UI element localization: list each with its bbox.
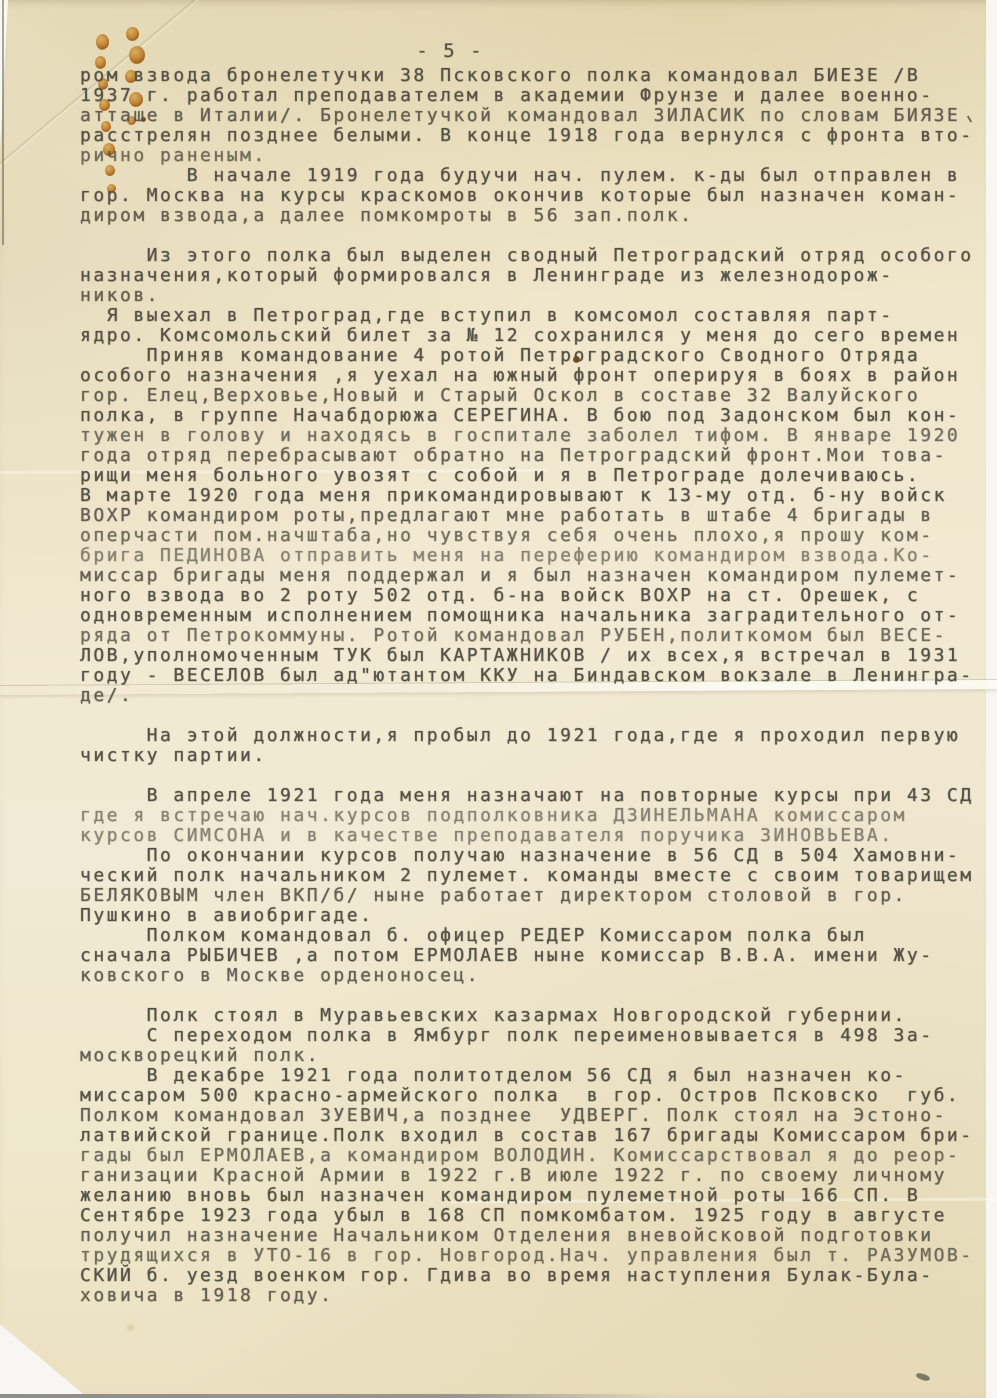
text-line: Пушкино в авиобригаде. — [80, 906, 990, 926]
text-line: гор. Москва на курсы краскомов окончив к… — [80, 186, 990, 206]
text-line: брига ПЕДИНОВА отправить меня на перефер… — [80, 546, 990, 566]
scan-edge — [2, 0, 4, 245]
document-body-text: ром взвода бронелетучки 38 Псковского по… — [80, 66, 990, 1306]
paragraph: На этой должности,я пробыл до 1921 года,… — [80, 726, 990, 766]
text-line: ганизации Красной Армии в 1922 г.В июле … — [80, 1166, 990, 1186]
text-line: В марте 1920 года меня прикомандировываю… — [80, 486, 990, 506]
text-line: 1937 г. работал преподавателем в академи… — [80, 86, 990, 106]
stain-mark — [126, 1323, 135, 1332]
paragraph: ром взвода бронелетучки 38 Псковского по… — [80, 66, 990, 166]
text-line: ного взвода во 2 роту 502 отд. б-на войс… — [80, 586, 990, 606]
text-line: трудящихся в УТО-16 в гор. Новгород.Нач.… — [80, 1246, 990, 1266]
page-number: - 5 - — [0, 40, 900, 62]
text-line: В начале 1919 года будучи нач. пулем. к-… — [80, 166, 990, 186]
text-line: Из этого полка был выделен сводный Петро… — [80, 246, 990, 266]
text-line: атташе в Италии/. Бронелетучкой командов… — [80, 106, 990, 126]
text-line: расстрелян позднее белыми. В конце 1918 … — [80, 126, 990, 146]
paragraph: Полк стоял в Муравьевских казармах Новго… — [80, 1006, 990, 1066]
text-line: москворецкий полк. — [80, 1046, 990, 1066]
text-line: миссар бригады меня поддержал и я был на… — [80, 566, 990, 586]
text-line: ВОХР командиром роты,предлагают мне рабо… — [80, 506, 990, 526]
text-line: ховича в 1918 году. — [80, 1286, 990, 1306]
text-line: рично раненым. — [80, 146, 990, 166]
paragraph: Приняв командование 4 ротой Петроградско… — [80, 346, 990, 706]
text-line: БЕЛЯКОВЫМ член ВКП/б/ ныне работает дире… — [80, 886, 990, 906]
text-line: гады был ЕРМОЛАЕВ,а командиром ВОЛОДИН. … — [80, 1146, 990, 1166]
text-line: С переходом полка в Ямбург полк переимен… — [80, 1026, 990, 1046]
text-line: миссаром 500 красно-армейского полка в г… — [80, 1086, 990, 1106]
text-line: ряда от Петрокоммуны. Ротой командовал Р… — [80, 626, 990, 646]
text-line: одновременным исполнением помощника нача… — [80, 606, 990, 626]
paragraph: Из этого полка был выделен сводный Петро… — [80, 246, 990, 306]
text-line: полка, в группе Начабдорюжа СЕРЕГИНА. В … — [80, 406, 990, 426]
text-line: На этой должности,я пробыл до 1921 года,… — [80, 726, 990, 746]
text-line: гор. Елец,Верховье,Новый и Старый Оскол … — [80, 386, 990, 406]
text-line: особого назначения ,я уехал на южный фро… — [80, 366, 990, 386]
text-line: где я встречаю нач.курсов подполковника … — [80, 806, 990, 826]
text-line: ковского в Москве орденоносец. — [80, 966, 990, 986]
paragraph: Я выехал в Петроград,где вступил в комсо… — [80, 306, 990, 346]
text-line: ЛОВ,уполномоченным ТУК был КАРТАЖНИКОВ /… — [80, 646, 990, 666]
text-line: латвийской границе.Полк входил в состав … — [80, 1126, 990, 1146]
text-line: Полком командовал б. офицер РЕДЕР Комисс… — [80, 926, 990, 946]
text-line: Я выехал в Петроград,где вступил в комсо… — [80, 306, 990, 326]
text-line: де/. — [80, 686, 990, 706]
paragraph: В декабре 1921 года политотделом 56 СД я… — [80, 1066, 990, 1306]
text-line: Полк стоял в Муравьевских казармах Новго… — [80, 1006, 990, 1026]
text-line: тужен в голову и находясь в госпитале за… — [80, 426, 990, 446]
scan-edge — [0, 1394, 660, 1398]
text-line: оперчасти пом.начштаба,но чувствуя себя … — [80, 526, 990, 546]
paragraph: В начале 1919 года будучи нач. пулем. к-… — [80, 166, 990, 226]
text-line: Сентябре 1923 года убыл в 168 СП помкомб… — [80, 1206, 990, 1226]
text-line: диром взвода,а далее помкомроты в 56 зап… — [80, 206, 990, 226]
text-line: В декабре 1921 года политотделом 56 СД я… — [80, 1066, 990, 1086]
text-line: рищи меня больного увозят с собой и я в … — [80, 466, 990, 486]
text-line: сначала РЫБИЧЕВ ,а потом ЕРМОЛАЕВ ныне к… — [80, 946, 990, 966]
text-line: ядро. Комсомольский билет за № 12 сохран… — [80, 326, 990, 346]
text-line: ников. — [80, 286, 990, 306]
text-line: назначения,который формировался в Ленинг… — [80, 266, 990, 286]
text-line: СКИЙ б. уезд военком гор. Гдива во время… — [80, 1266, 990, 1286]
text-line: курсов СИМСОНА и в качестве преподавател… — [80, 826, 990, 846]
text-line: ром взвода бронелетучки 38 Псковского по… — [80, 66, 990, 86]
text-line: ческий полк начальником 2 пулемет. коман… — [80, 866, 990, 886]
text-line: года отряд перебрасывают обратно на Петр… — [80, 446, 990, 466]
text-line: желанию вновь был назначен командиром пу… — [80, 1186, 990, 1206]
paragraph: В апреле 1921 года меня назначают на пов… — [80, 786, 990, 846]
text-line: Полком командовал ЗУЕВИЧ,а позднее УДВЕР… — [80, 1106, 990, 1126]
text-line: В апреле 1921 года меня назначают на пов… — [80, 786, 990, 806]
paragraph: По окончании курсов получаю назначение в… — [80, 846, 990, 926]
stain-mark — [126, 27, 139, 41]
paragraph: Полком командовал б. офицер РЕДЕР Комисс… — [80, 926, 990, 986]
text-line: Приняв командование 4 ротой Петроградско… — [80, 346, 990, 366]
text-line: получил назначение Начальником Отделения… — [80, 1226, 990, 1246]
text-line: По окончании курсов получаю назначение в… — [80, 846, 990, 866]
text-line: году - ВЕСЕЛОВ был ад"ютантом ККУ на Бин… — [80, 666, 990, 686]
document-scan: - 5 - ром взвода бронелетучки 38 Псковск… — [0, 0, 997, 1398]
text-line: чистку партии. — [80, 746, 990, 766]
